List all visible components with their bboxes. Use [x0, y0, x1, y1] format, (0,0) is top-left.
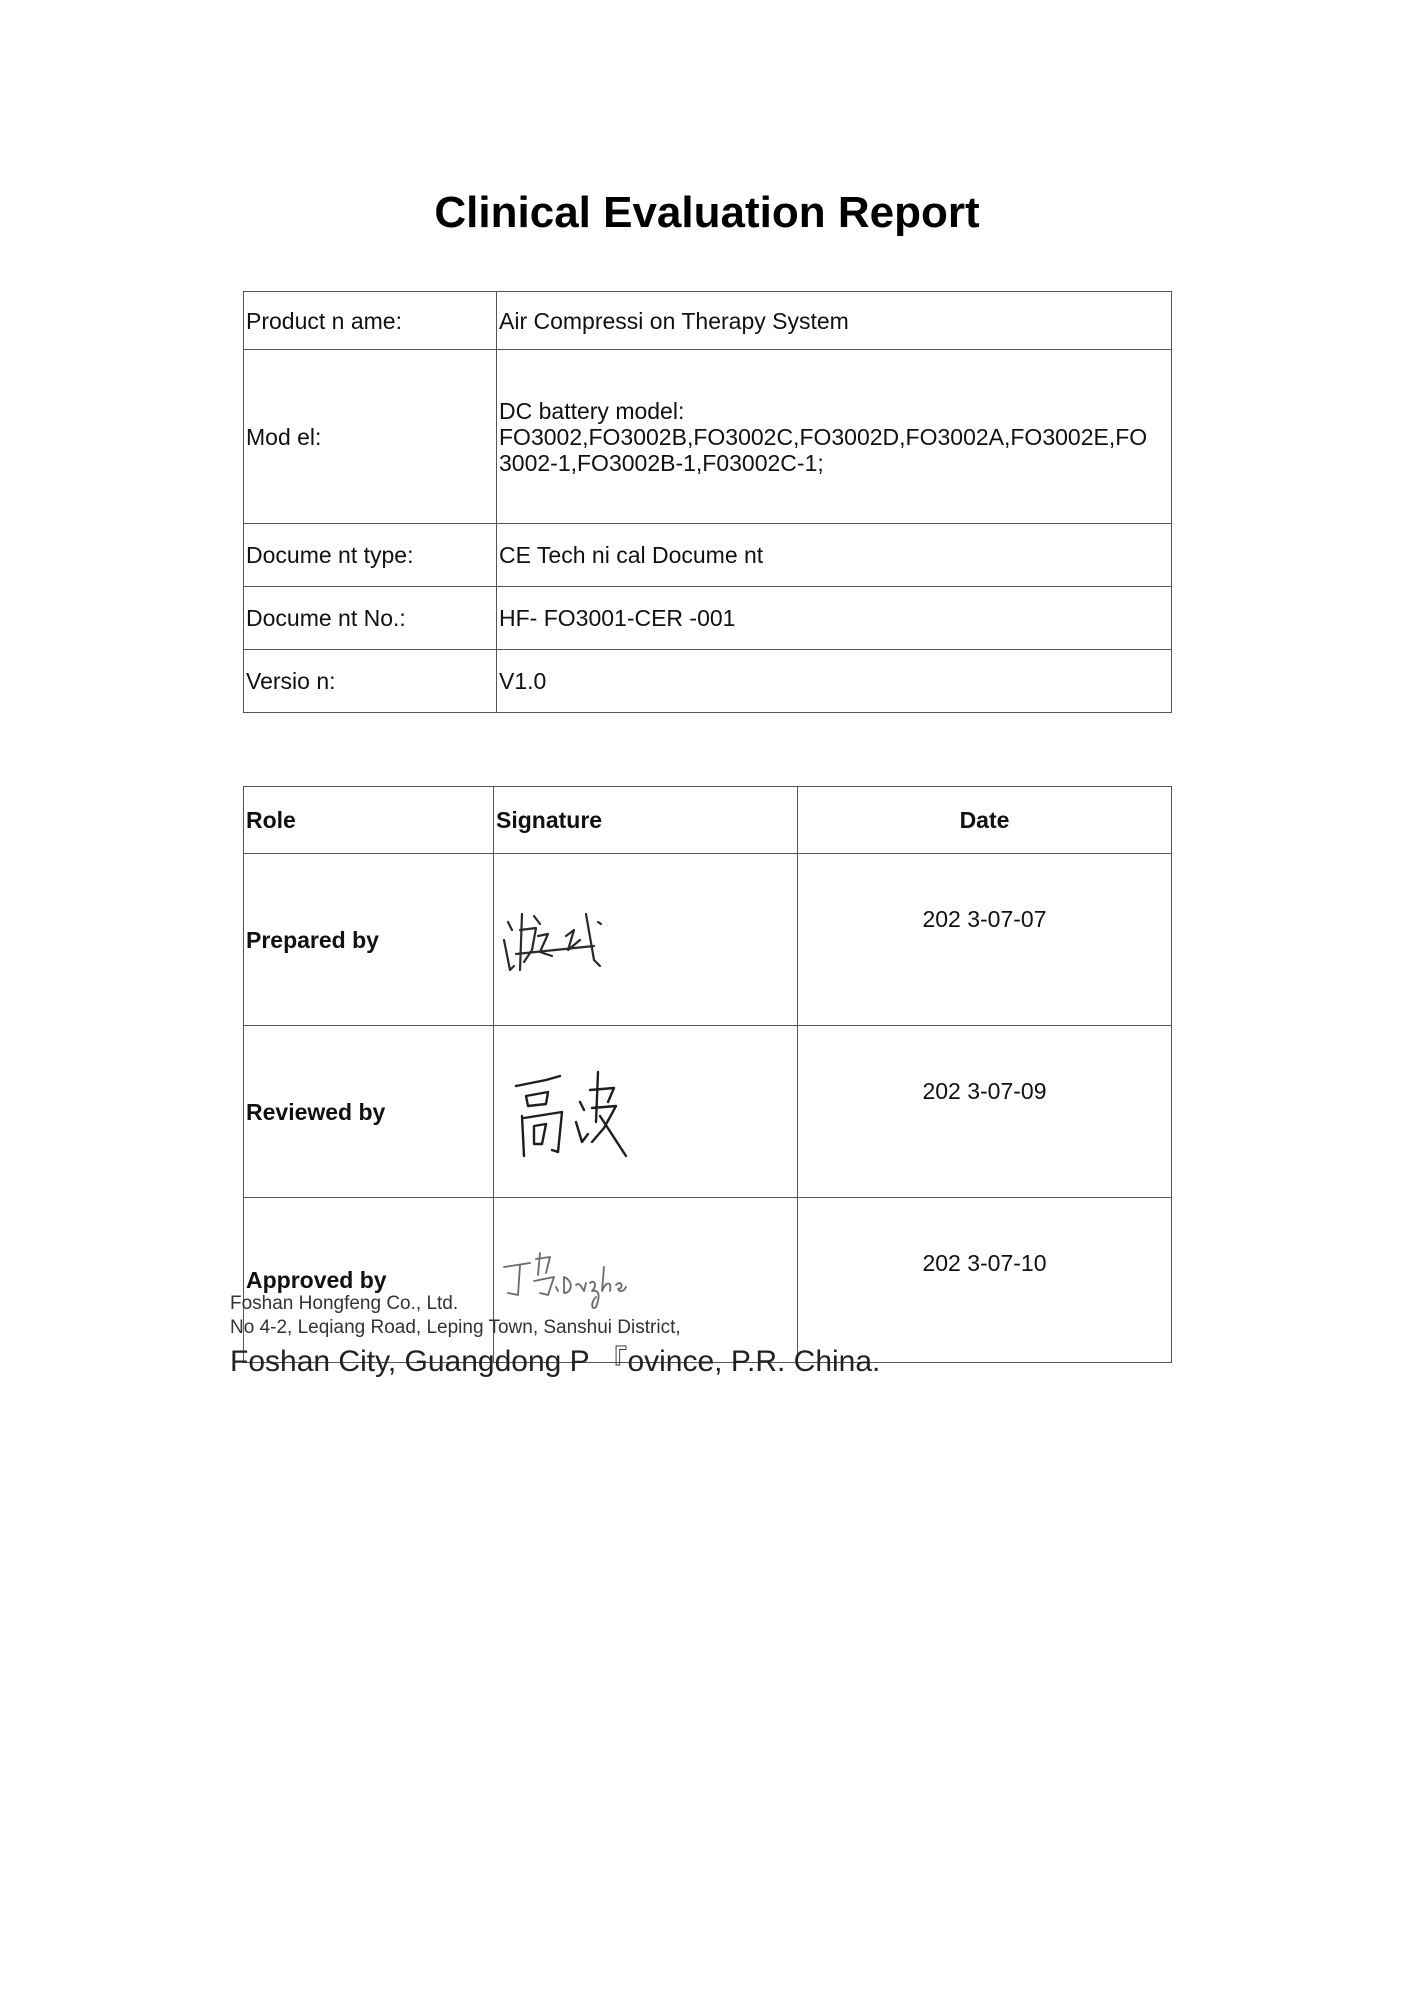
label-document-type: Docume nt type:: [244, 524, 497, 587]
handwritten-signature-icon: [496, 900, 646, 980]
role-reviewed: Reviewed by: [244, 1026, 494, 1198]
date-prepared: 202 3-07-07: [798, 854, 1172, 1026]
address-line-2: Foshan City, Guangdong P 『ovince, P.R. C…: [230, 1342, 880, 1382]
table-row-product-name: Product n ame: Air Compressi on Therapy …: [244, 292, 1172, 350]
model-line: FO3002,FO3002B,FO3002C,FO3002D,FO3002A,F…: [499, 424, 1171, 450]
role-prepared: Prepared by: [244, 854, 494, 1026]
value-product-name: Air Compressi on Therapy System: [497, 292, 1172, 350]
company-address-block: Foshan Hongfeng Co., Ltd. No 4-2, Leqian…: [230, 1292, 880, 1382]
model-line: 3002-1,FO3002B-1,F03002C-1;: [499, 450, 1171, 476]
table-row-document-number: Docume nt No.: HF- FO3001-CER -001: [244, 587, 1172, 650]
model-line: DC battery model:: [499, 398, 1171, 424]
document-info-table: Product n ame: Air Compressi on Therapy …: [243, 291, 1172, 713]
value-model: DC battery model: FO3002,FO3002B,FO3002C…: [497, 350, 1172, 524]
header-date: Date: [798, 787, 1172, 854]
table-row-model: Mod el: DC battery model: FO3002,FO3002B…: [244, 350, 1172, 524]
handwritten-signature-icon: [496, 1062, 666, 1162]
value-document-number: HF- FO3001-CER -001: [497, 587, 1172, 650]
date-reviewed: 202 3-07-09: [798, 1026, 1172, 1198]
label-document-number: Docume nt No.:: [244, 587, 497, 650]
signature-reviewed: [494, 1026, 798, 1198]
label-version: Versio n:: [244, 650, 497, 713]
address-line-1: No 4-2, Leqiang Road, Leping Town, Sansh…: [230, 1316, 880, 1340]
page-title: Clinical Evaluation Report: [0, 188, 1414, 238]
approval-signature-table: Role Signature Date Prepared by: [243, 786, 1172, 1363]
table-row-version: Versio n: V1.0: [244, 650, 1172, 713]
table-header-row: Role Signature Date: [244, 787, 1172, 854]
value-version: V1.0: [497, 650, 1172, 713]
label-model: Mod el:: [244, 350, 497, 524]
header-signature: Signature: [494, 787, 798, 854]
table-row-document-type: Docume nt type: CE Tech ni cal Docume nt: [244, 524, 1172, 587]
company-name: Foshan Hongfeng Co., Ltd.: [230, 1292, 880, 1316]
signature-prepared: [494, 854, 798, 1026]
table-row-prepared: Prepared by 202 3-07-07: [244, 854, 1172, 1026]
header-role: Role: [244, 787, 494, 854]
table-row-reviewed: Reviewed by 202 3-07-09: [244, 1026, 1172, 1198]
value-document-type: CE Tech ni cal Docume nt: [497, 524, 1172, 587]
label-product-name: Product n ame:: [244, 292, 497, 350]
